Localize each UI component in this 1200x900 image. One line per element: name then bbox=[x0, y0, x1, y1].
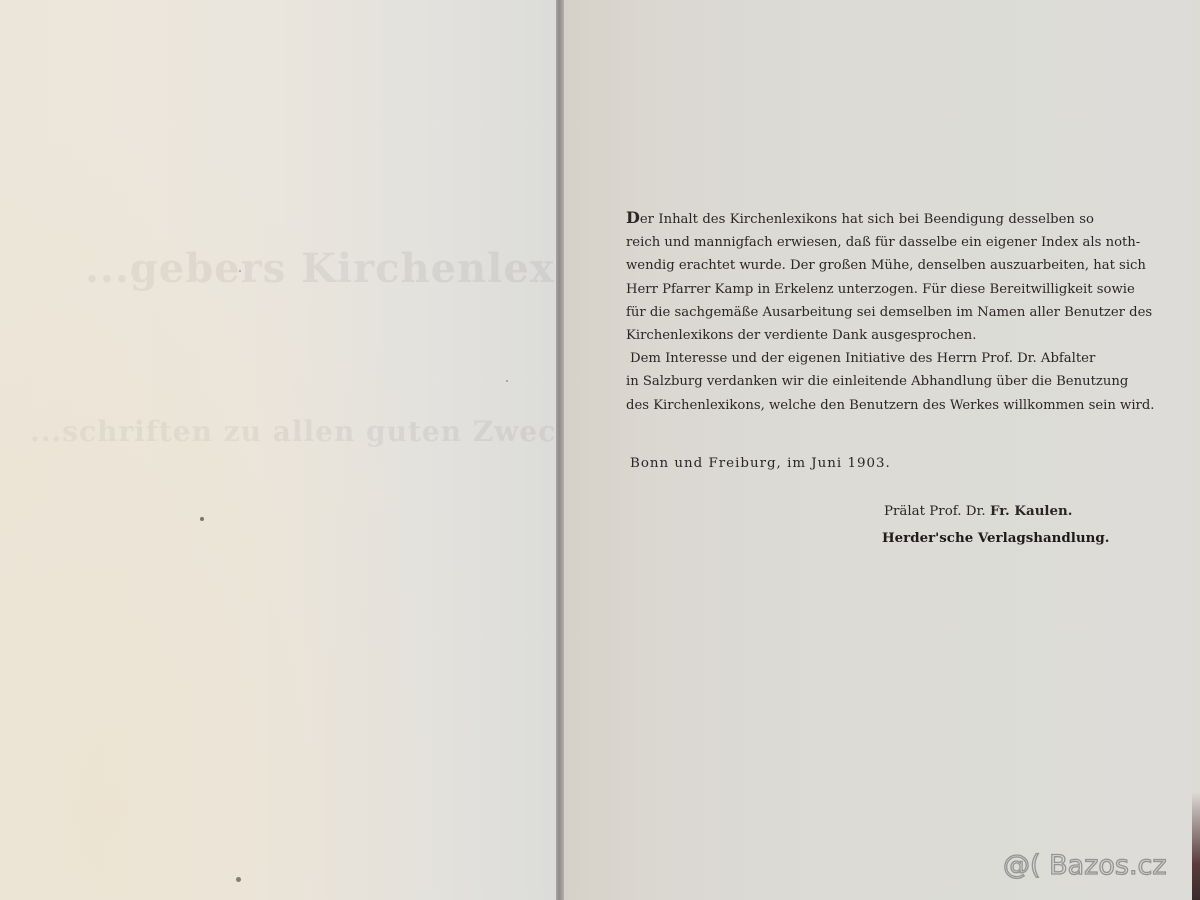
bazos-watermark: @( Bazos.cz bbox=[1003, 850, 1167, 881]
paragraph-1: Der Inhalt des Kirchenlexikons hat sich … bbox=[626, 206, 1094, 347]
left-page: ...gebers Kirchenlexikon. ...schriften z… bbox=[0, 0, 556, 900]
paper-speck bbox=[236, 877, 241, 882]
paper-speck bbox=[506, 380, 508, 382]
paper-speck bbox=[200, 517, 204, 521]
signature-name: Fr. Kaulen. bbox=[990, 503, 1072, 519]
open-book: ...gebers Kirchenlexikon. ...schriften z… bbox=[0, 0, 1200, 900]
text-line: Dem Interesse und der eigenen Initiative… bbox=[626, 347, 1094, 370]
right-page bbox=[564, 0, 1200, 900]
preface-text: Der Inhalt des Kirchenlexikons hat sich … bbox=[626, 206, 1094, 417]
signature-title: Prälat Prof. Dr. bbox=[884, 504, 990, 519]
book-gutter bbox=[556, 0, 564, 900]
signature-kaulen: Prälat Prof. Dr. Fr. Kaulen. bbox=[884, 503, 1072, 519]
signature-publisher: Herder'sche Verlagshandlung. bbox=[882, 530, 1109, 546]
text-line: Herr Pfarrer Kamp in Erkelenz unterzogen… bbox=[626, 278, 1094, 301]
text-line: wendig erachtet wurde. Der großen Mühe, … bbox=[626, 254, 1094, 277]
paragraph-2: Dem Interesse und der eigenen Initiative… bbox=[626, 347, 1094, 417]
text-line: in Salzburg verdanken wir die einleitend… bbox=[626, 370, 1094, 393]
text-line: des Kirchenlexikons, welche den Benutzer… bbox=[626, 394, 1094, 417]
text-line: für die sachgemäße Ausarbeitung sei dems… bbox=[626, 301, 1094, 324]
text-line: Der Inhalt des Kirchenlexikons hat sich … bbox=[626, 206, 1094, 231]
drop-cap: D bbox=[626, 208, 640, 227]
bleed-through-text: ...schriften zu allen guten Zwecken. bbox=[30, 415, 628, 448]
page-edge bbox=[1192, 0, 1200, 900]
place-date: Bonn und Freiburg, im Juni 1903. bbox=[630, 456, 891, 471]
text-line: reich und mannigfach erwiesen, daß für d… bbox=[626, 231, 1094, 254]
paper-speck bbox=[239, 270, 241, 272]
text-line: Kirchenlexikons der verdiente Dank ausge… bbox=[626, 324, 1094, 347]
